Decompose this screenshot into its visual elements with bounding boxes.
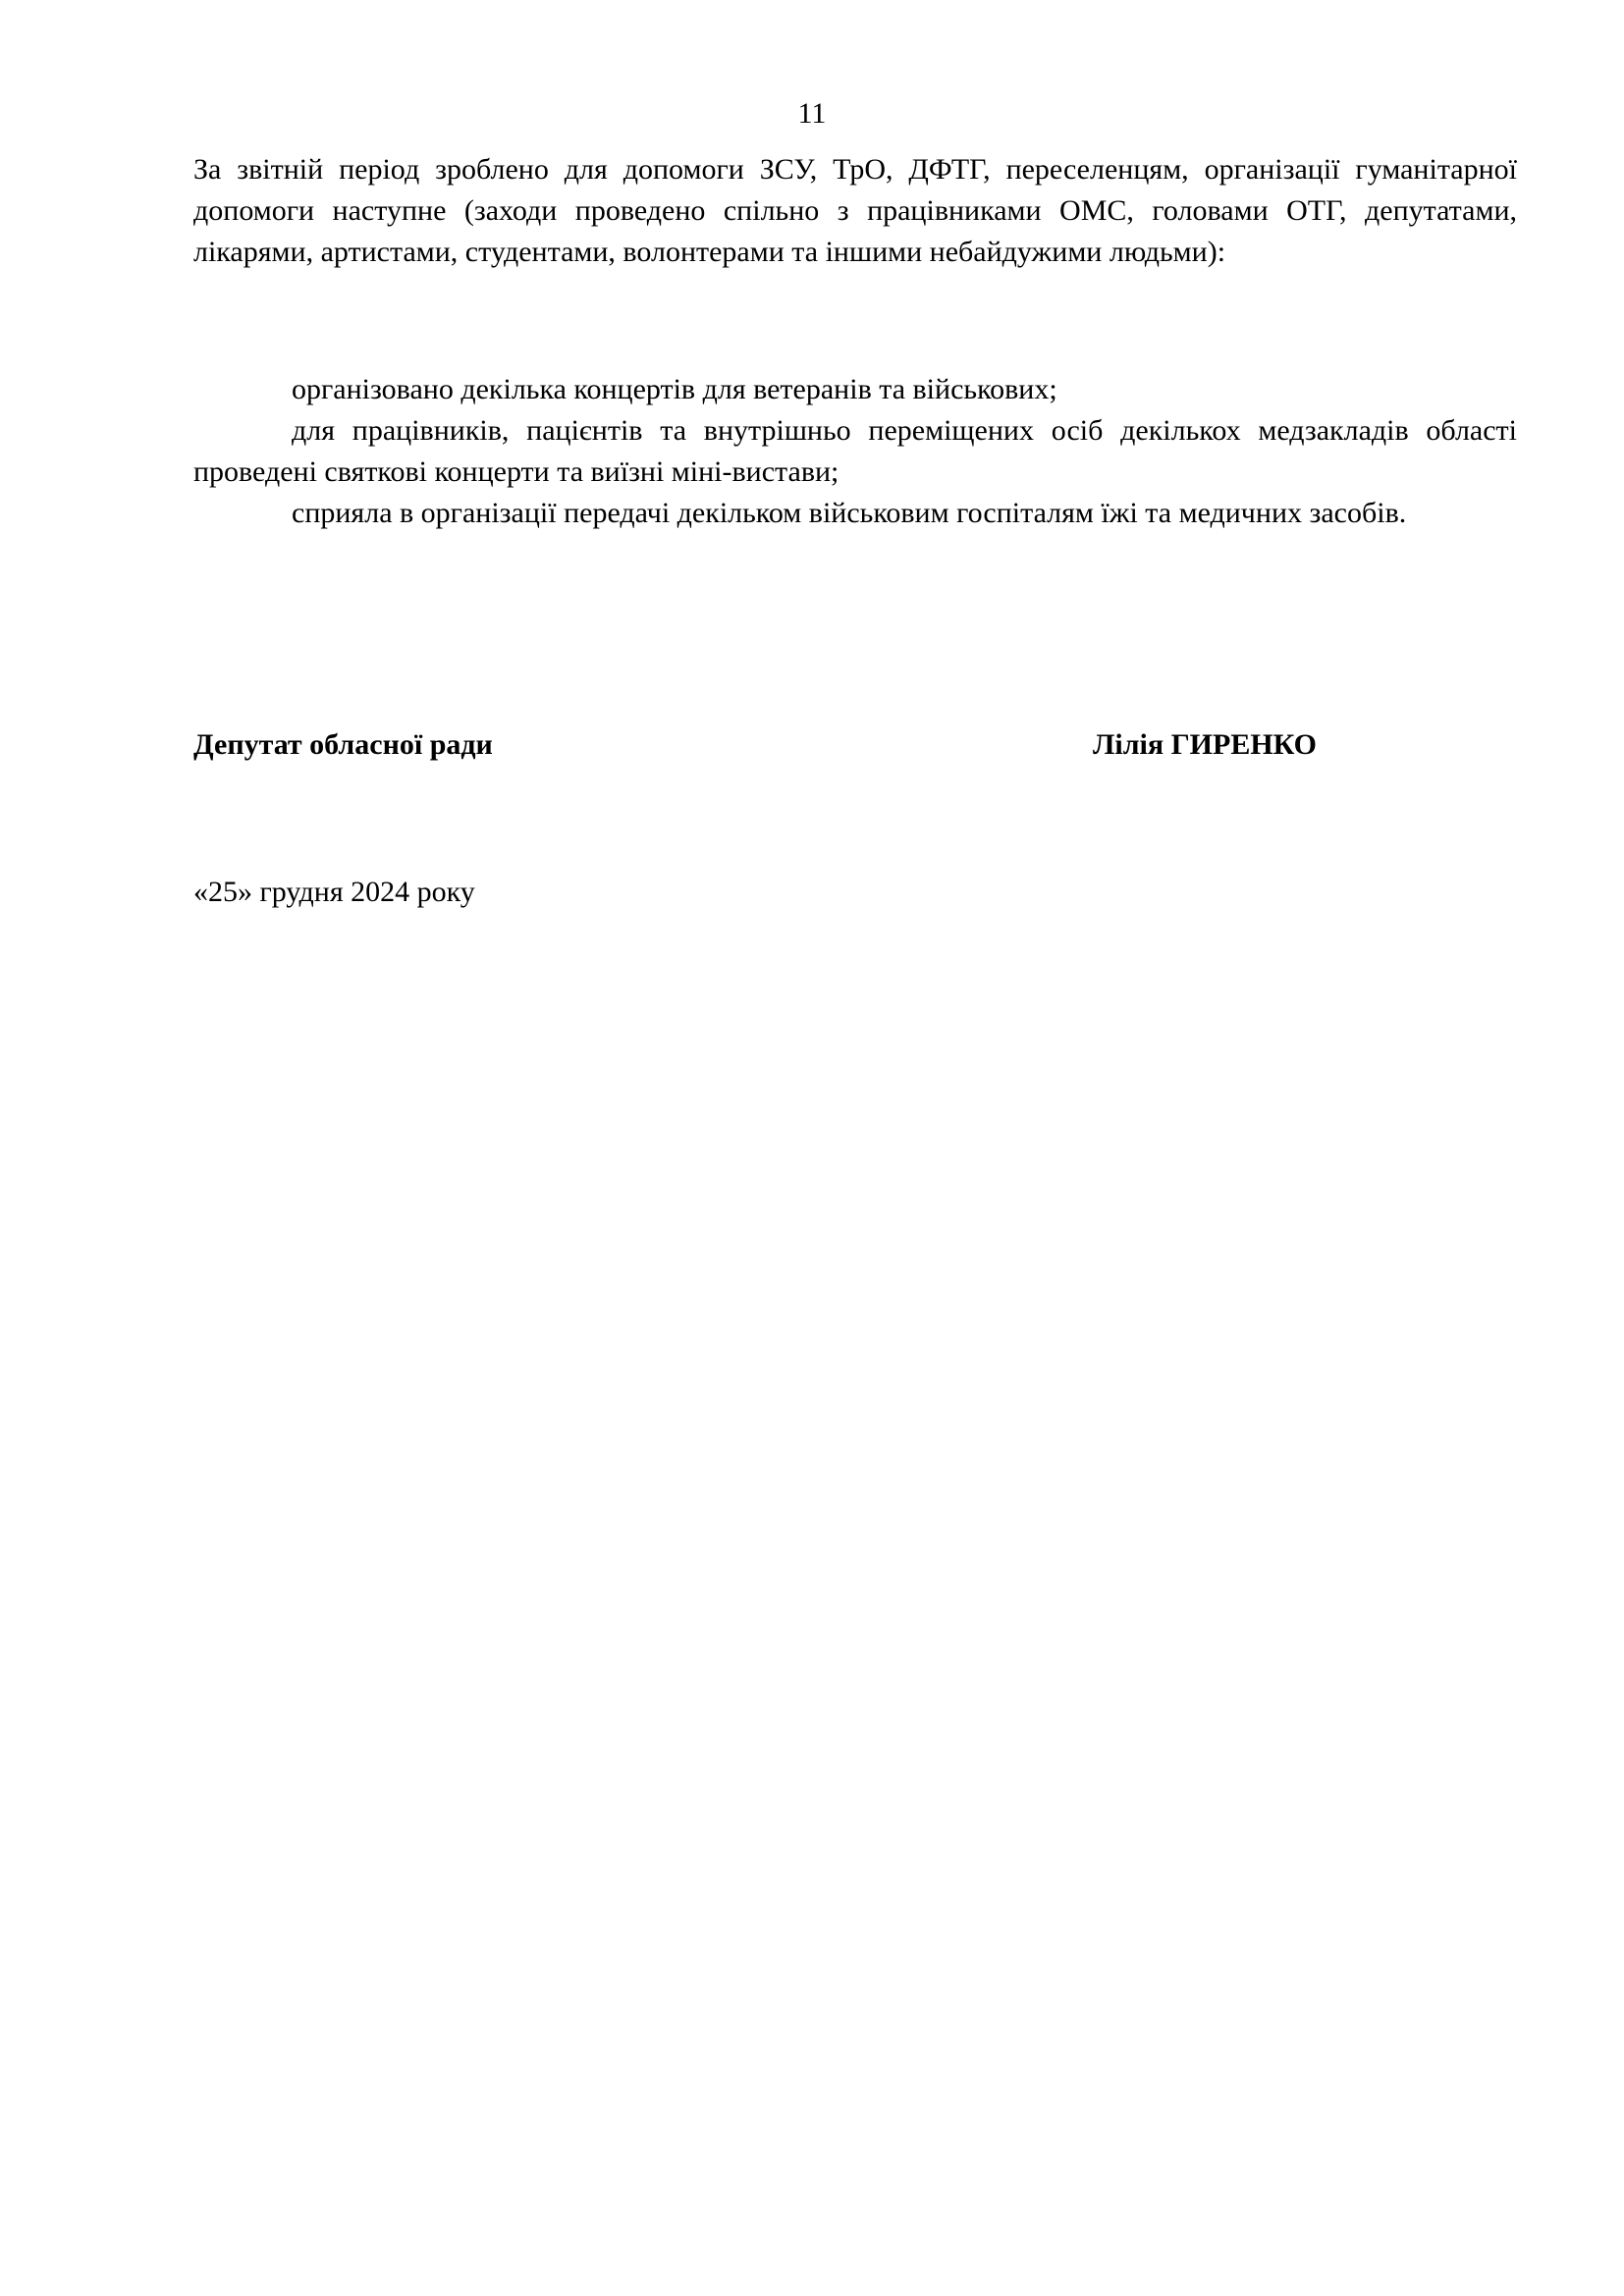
activities-list: організовано декілька концертів для вете… <box>193 369 1517 534</box>
activity-item: для працівників, пацієнтів та внутрішньо… <box>193 410 1517 493</box>
document-date: «25» грудня 2024 року <box>193 872 475 913</box>
intro-paragraph: За звітній період зроблено для допомоги … <box>193 149 1517 273</box>
activity-item: організовано декілька концертів для вете… <box>193 369 1517 410</box>
activity-item: сприяла в організації передачі декільком… <box>193 493 1517 534</box>
signature-name: Лілія ГИРЕНКО <box>1093 724 1317 766</box>
page-number: 11 <box>0 94 1624 133</box>
signature-title: Депутат обласної ради <box>193 724 493 766</box>
